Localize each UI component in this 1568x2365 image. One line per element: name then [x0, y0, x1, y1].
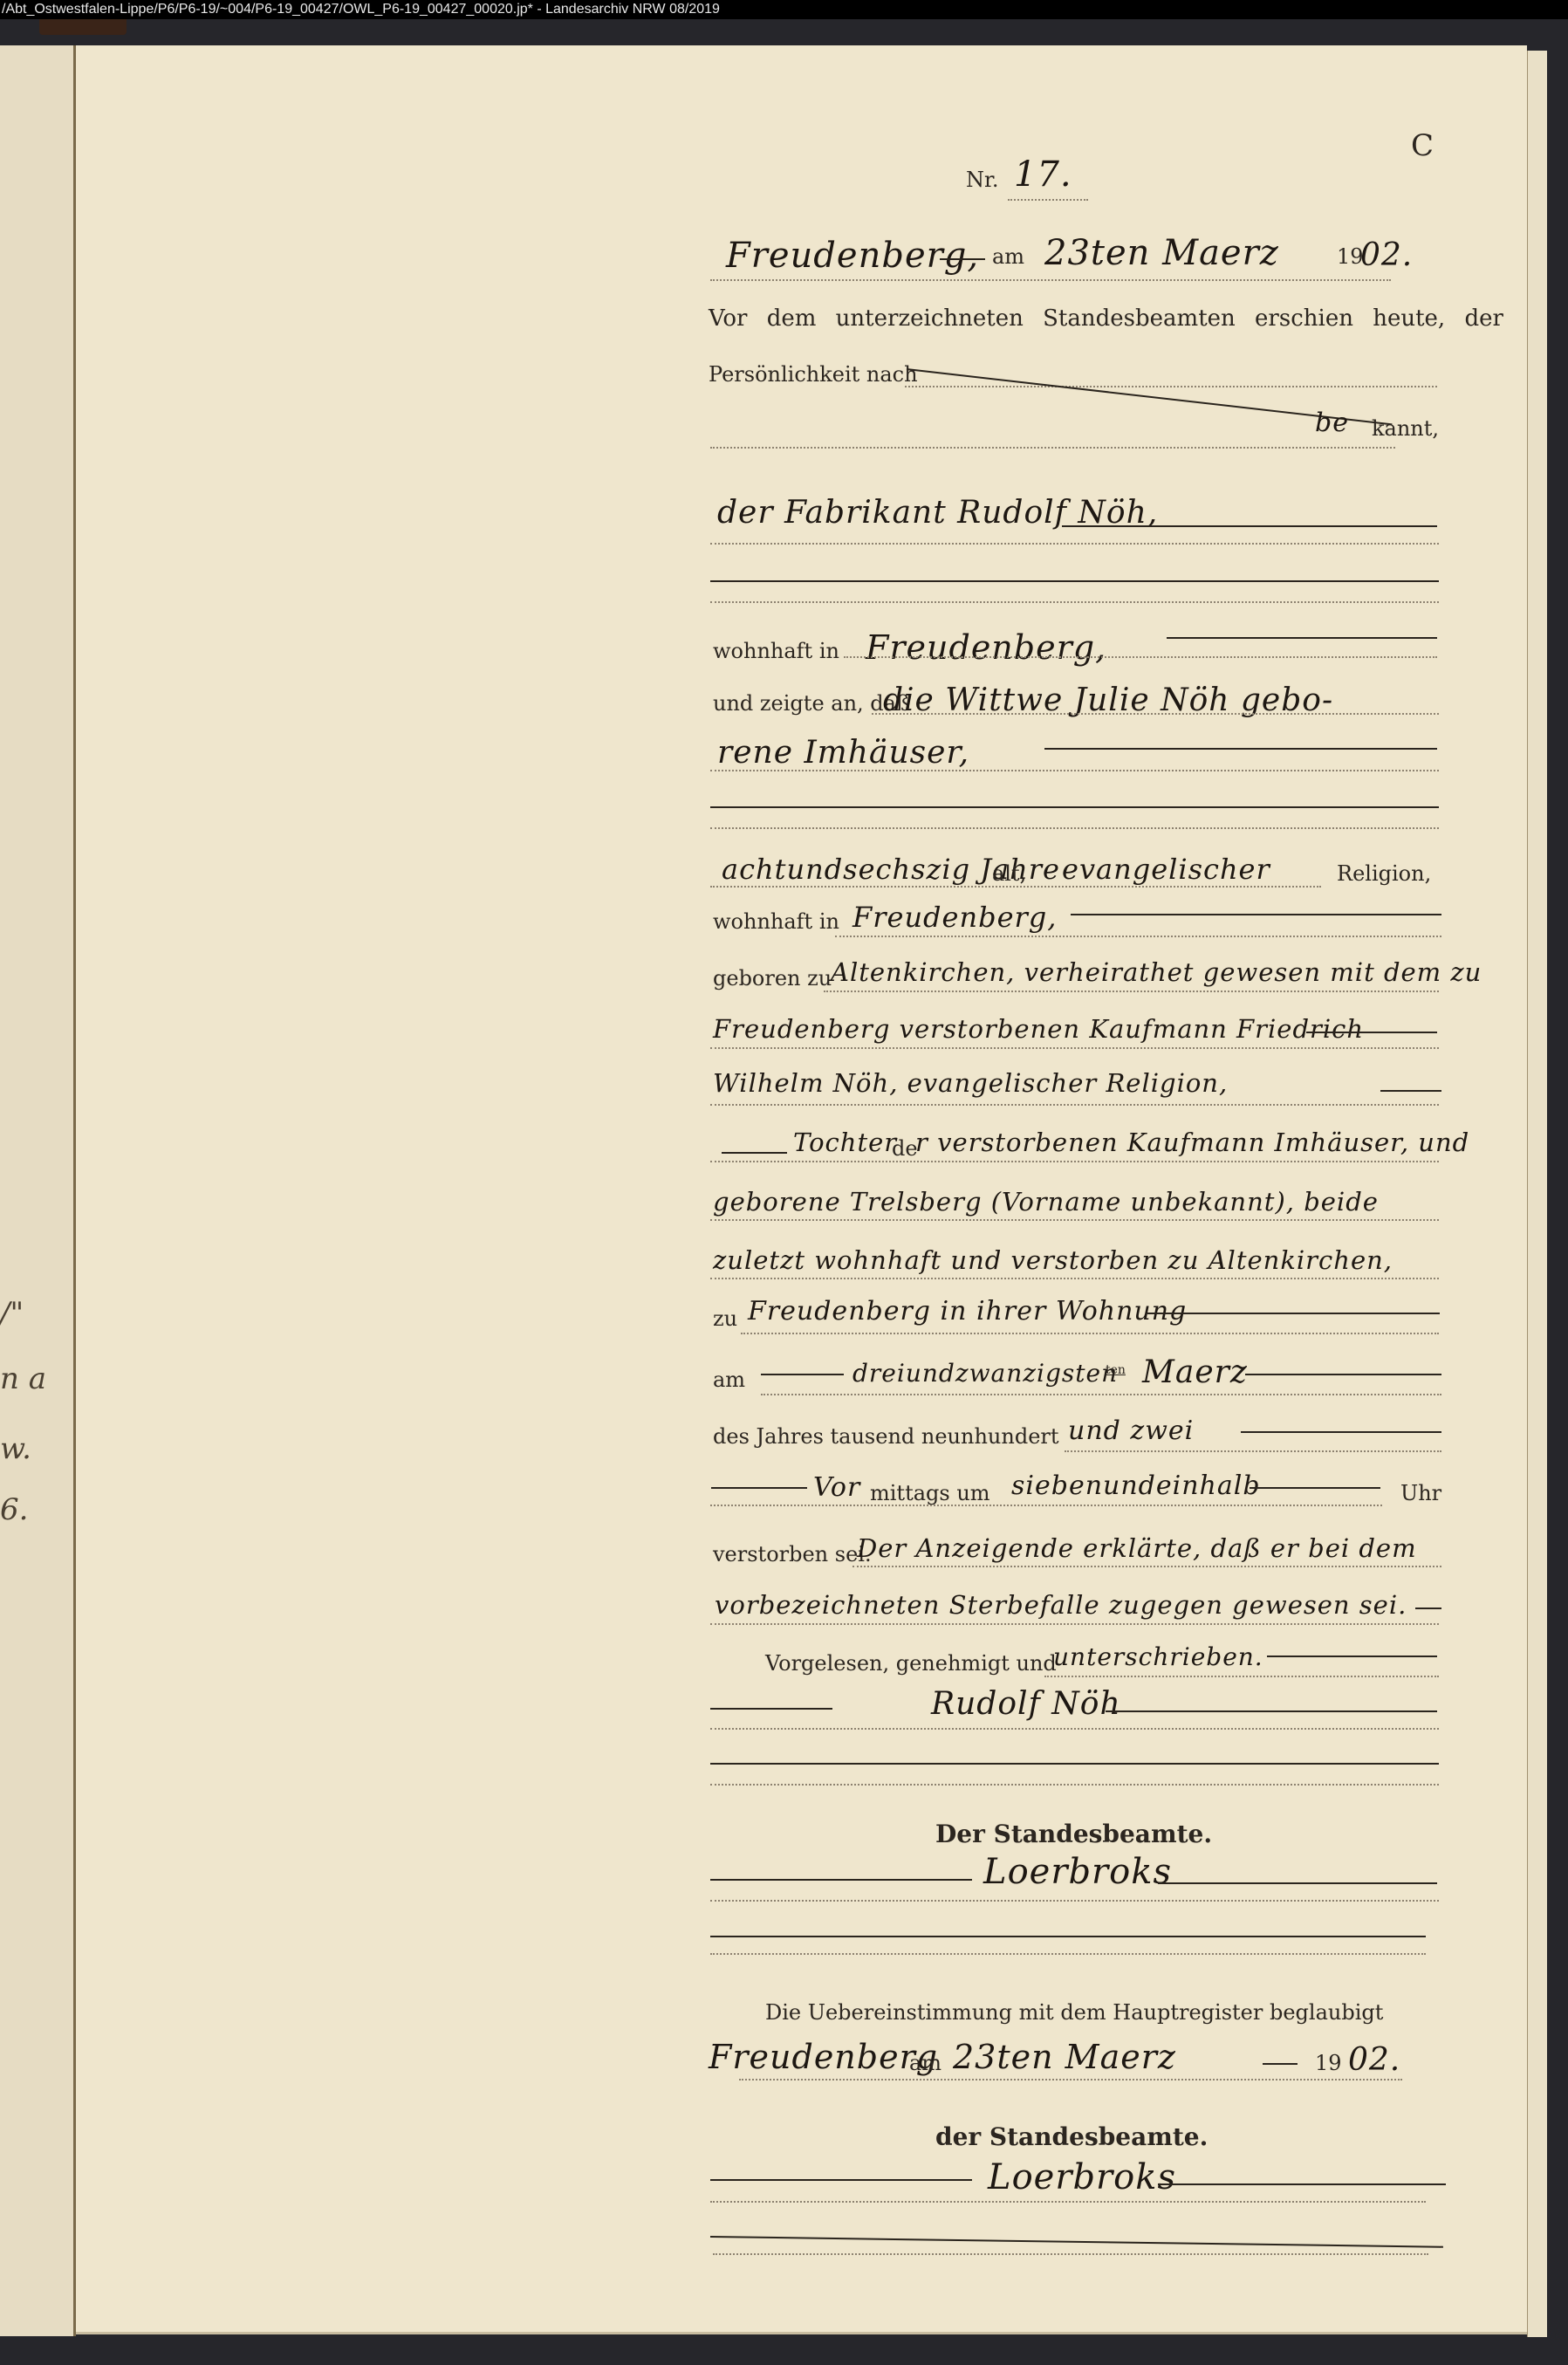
- place-value: Freudenberg,: [726, 236, 979, 276]
- parents-line-2: geborene Trelsberg (Vorname unbekannt), …: [713, 1187, 1379, 1217]
- born-line-3: Wilhelm Nöh, evangelischer Religion,: [713, 1068, 1228, 1098]
- identity-hand: be: [1315, 408, 1349, 438]
- filler-dash: [1167, 637, 1437, 639]
- filler-dash: [940, 258, 985, 260]
- filler-dash: [1044, 748, 1437, 750]
- died-label: verstorben sei.: [713, 1542, 872, 1566]
- reported-label: und zeigte an, daß: [713, 691, 910, 716]
- left-page: [0, 45, 75, 2336]
- residence-value: Freudenberg,: [866, 628, 1106, 667]
- left-page-fragment: w.: [0, 1431, 31, 1466]
- year-suffix: 02.: [1360, 237, 1413, 273]
- filler-dash: [710, 2179, 972, 2181]
- filler-dash: [1245, 1374, 1441, 1375]
- filler-dash: [761, 1374, 844, 1375]
- filler-dash: [1147, 1313, 1440, 1314]
- record-number-label: Nr.: [966, 168, 998, 192]
- dotted-rule: [872, 713, 1439, 715]
- dotted-rule: [824, 991, 1439, 992]
- dotted-rule: [710, 279, 1391, 281]
- time-prefix: Vor: [813, 1472, 860, 1503]
- death-record-form: C Nr. 17. Freudenberg, am 23ten Maerz 19…: [76, 45, 1527, 2332]
- deceased-residence-value: Freudenberg,: [852, 901, 1057, 934]
- dotted-rule: [710, 447, 1395, 449]
- dotted-rule: [710, 1623, 1439, 1625]
- registrar-signature: Loerbroks: [983, 1852, 1172, 1892]
- time-suffix: Uhr: [1400, 1481, 1441, 1505]
- deceased-line-2: rene Imhäuser,: [717, 735, 969, 771]
- dotted-rule: [710, 601, 1439, 603]
- identity-suffix: kannt,: [1372, 416, 1439, 441]
- time-label: mittags um: [870, 1481, 990, 1505]
- death-day-suffix: ten: [1106, 1363, 1126, 1377]
- cert-am-label: am: [909, 2051, 941, 2075]
- cert-registrar-title: der Standesbeamte.: [935, 2122, 1208, 2151]
- filler-dash: [710, 1708, 832, 1710]
- filler-dash: [722, 1152, 787, 1154]
- filler-dash: [1415, 1608, 1441, 1609]
- dotted-rule: [710, 1278, 1439, 1279]
- dotted-rule: [710, 1728, 1439, 1730]
- dotted-rule: [710, 543, 1439, 545]
- dotted-rule: [710, 1784, 1439, 1786]
- dotted-rule: [1065, 1450, 1441, 1452]
- dotted-rule: [710, 1505, 1382, 1506]
- dotted-rule: [844, 656, 1437, 658]
- certification-text: Die Uebereinstimmung mit dem Hauptregist…: [765, 2000, 1383, 2025]
- dotted-rule: [1008, 199, 1088, 201]
- cert-year-suffix: 02.: [1348, 2042, 1400, 2078]
- corner-mark: C: [1411, 128, 1434, 163]
- death-date-label: am: [713, 1368, 745, 1392]
- cert-registrar-signature: Loerbroks: [988, 2157, 1176, 2197]
- parents-line-3: zuletzt wohnhaft und verstorben zu Alten…: [713, 1245, 1393, 1275]
- dotted-rule: [761, 1394, 1441, 1395]
- filler-dash: [710, 580, 1439, 582]
- filler-dash: [1062, 525, 1437, 527]
- book-spine: [39, 19, 127, 35]
- registrar-title: Der Standesbeamte.: [935, 1820, 1212, 1848]
- dotted-rule: [835, 936, 1441, 937]
- dotted-rule: [905, 386, 1437, 387]
- left-page-fragment: 6.: [0, 1492, 28, 1527]
- left-page-fragment: n a: [0, 1361, 46, 1396]
- dotted-rule: [710, 1104, 1439, 1106]
- filler-dash: [1158, 1882, 1437, 1884]
- parents-de-label: de: [892, 1136, 918, 1161]
- filler-dash: [711, 1487, 807, 1489]
- cert-year-prefix: 19: [1315, 2051, 1342, 2075]
- read-label: Vorgelesen, genehmigt und: [765, 1651, 1057, 1676]
- born-line-1: Altenkirchen, verheirathet gewesen mit d…: [831, 957, 1482, 987]
- dotted-rule: [710, 886, 1321, 888]
- death-place-value: Freudenberg in ihrer Wohnung: [748, 1296, 1187, 1326]
- dotted-rule: [710, 1900, 1439, 1902]
- year-value: und zwei: [1068, 1416, 1194, 1446]
- identity-prefix: Persönlichkeit nach: [709, 362, 918, 387]
- filler-dash: [1263, 2063, 1298, 2065]
- filler-dash: [1250, 1487, 1380, 1489]
- dotted-rule: [710, 1953, 1426, 1955]
- read-value: unterschrieben.: [1053, 1642, 1263, 1671]
- religion-value: evangelischer: [1062, 853, 1270, 886]
- born-label: geboren zu: [713, 966, 832, 991]
- left-page-fragment: /": [0, 1296, 24, 1331]
- statement-line-2: vorbezeichneten Sterbefalle zugegen gewe…: [715, 1590, 1407, 1620]
- dotted-rule: [710, 1219, 1439, 1221]
- dotted-rule: [710, 2201, 1426, 2203]
- intro-text: Vor dem unterzeichneten Standesbeamten e…: [709, 305, 1503, 332]
- dotted-rule: [739, 2079, 1402, 2081]
- declarant-signature: Rudolf Nöh: [931, 1686, 1121, 1722]
- born-line-2: Freudenberg verstorbenen Kaufmann Friedr…: [713, 1014, 1364, 1044]
- filler-dash: [1380, 1090, 1441, 1092]
- filler-dash: [710, 1879, 972, 1881]
- parents-line-1: r verstorbenen Kaufmann Imhäuser, und: [915, 1128, 1469, 1157]
- death-month: Maerz: [1142, 1354, 1248, 1390]
- parents-prefix: Tochter: [793, 1128, 897, 1157]
- window-title: /Abt_Ostwestfalen-Lippe/P6/P6-19/~004/P6…: [0, 0, 1568, 19]
- religion-label: Religion,: [1337, 861, 1431, 886]
- filler-dash: [1241, 1431, 1441, 1433]
- right-page: C Nr. 17. Freudenberg, am 23ten Maerz 19…: [76, 45, 1527, 2334]
- filler-dash: [710, 1936, 1426, 1937]
- filler-dash: [1071, 914, 1441, 915]
- death-place-label: zu: [713, 1306, 737, 1331]
- dotted-rule: [852, 1566, 1441, 1567]
- filler-dash: [1267, 1655, 1437, 1657]
- filler-dash: [710, 1763, 1439, 1765]
- filler-dash: [710, 2236, 1443, 2248]
- filler-dash: [1158, 2183, 1446, 2185]
- date-day-month: 23ten Maerz: [1044, 233, 1279, 273]
- year-label: des Jahres tausend neunhundert: [713, 1424, 1059, 1449]
- filler-dash: [1106, 1710, 1437, 1712]
- page-edge: [1527, 51, 1547, 2337]
- cert-day-month: 23ten Maerz: [953, 2038, 1176, 2076]
- dotted-rule: [1044, 1676, 1439, 1677]
- filler-dash: [710, 806, 1439, 808]
- dotted-rule: [710, 827, 1439, 829]
- statement-line-1: Der Anzeigende erklärte, daß er bei dem: [857, 1533, 1417, 1563]
- dotted-rule: [710, 1161, 1439, 1162]
- death-day: dreiundzwanzigsten: [852, 1359, 1118, 1388]
- deceased-residence-label: wohnhaft in: [713, 909, 839, 934]
- residence-label: wohnhaft in: [713, 639, 839, 663]
- age-label: alt,: [992, 861, 1026, 886]
- dotted-rule: [710, 770, 1439, 771]
- dotted-rule: [741, 1333, 1439, 1334]
- filler-dash: [1306, 1032, 1437, 1033]
- record-number-value: 17.: [1014, 154, 1072, 195]
- dotted-rule: [710, 1047, 1439, 1049]
- cert-place: Freudenberg: [709, 2038, 938, 2076]
- dotted-rule: [713, 2253, 1428, 2255]
- time-value: siebenundeinhalb: [1011, 1470, 1261, 1501]
- date-am-label: am: [992, 244, 1024, 269]
- year-prefix: 19: [1337, 244, 1364, 269]
